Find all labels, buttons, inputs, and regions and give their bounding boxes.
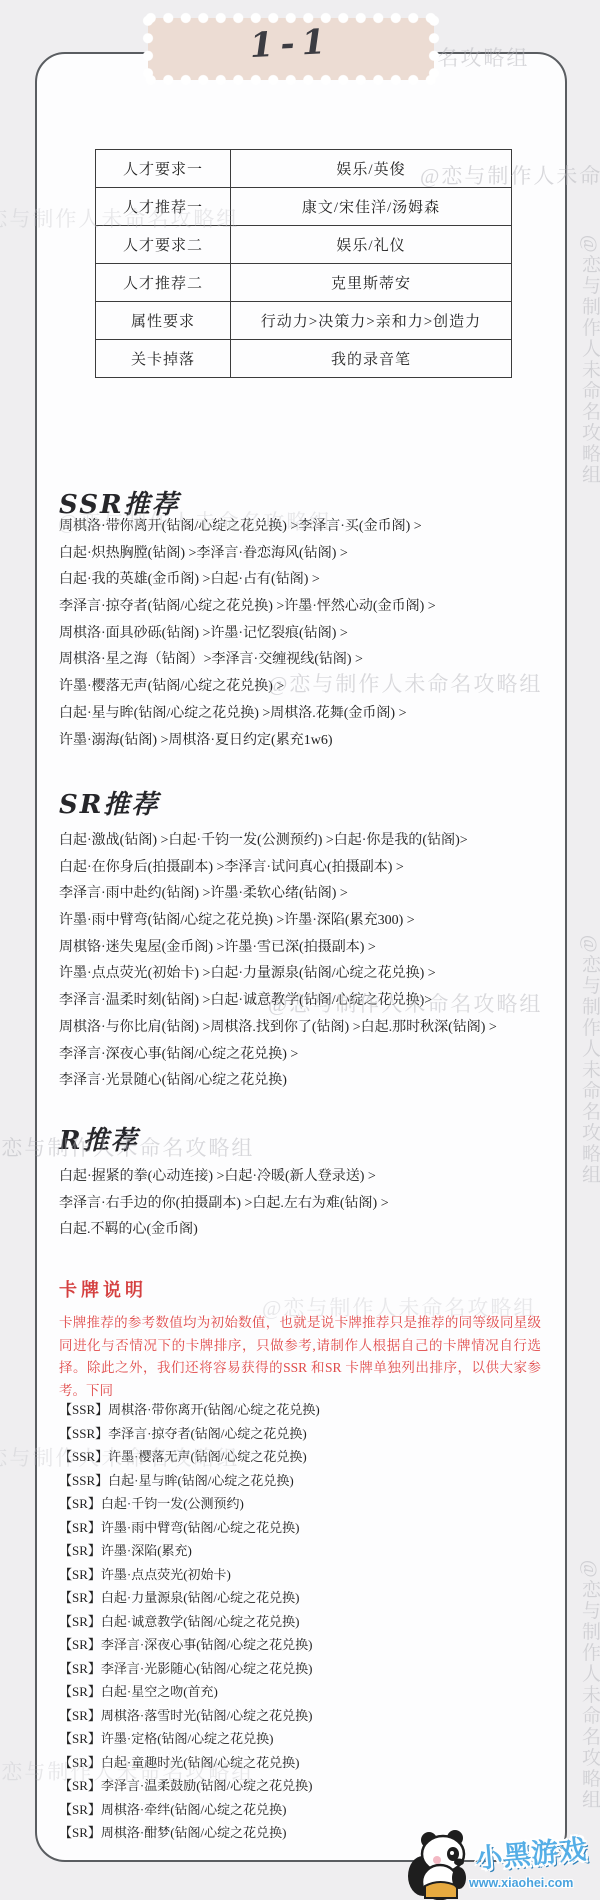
list-item: 【SR】许墨·定格(钻阁/心绽之花兑换) bbox=[59, 1727, 545, 1751]
row-label: 人才要求一 bbox=[96, 150, 231, 188]
list-item: 周棋洛·带你离开(钻阁/心绽之花兑换) >李泽言·买(金币阁) > bbox=[59, 514, 545, 541]
r-section-heading: R推荐 bbox=[59, 1120, 139, 1157]
list-item: 周棋洛·面具砂砾(钻阁) >许墨·记忆裂痕(钻阁) > bbox=[59, 621, 545, 648]
row-label: 人才推荐二 bbox=[96, 264, 231, 302]
list-item: 【SR】李泽言·温柔鼓励(钻阁/心绽之花兑换) bbox=[59, 1774, 545, 1798]
table-row: 属性要求 行动力>决策力>亲和力>创造力 bbox=[96, 302, 512, 340]
row-value: 娱乐/礼仪 bbox=[231, 226, 512, 264]
stage-banner: 1-1 bbox=[148, 18, 434, 80]
list-item: 【SSR】许墨·樱落无声(钻阁/心绽之花兑换) bbox=[59, 1445, 545, 1469]
card-rank-list: 【SSR】周棋洛·带你离开(钻阁/心绽之花兑换) 【SSR】李泽言·掠夺者(钻阁… bbox=[59, 1398, 545, 1845]
row-label: 关卡掉落 bbox=[96, 340, 231, 378]
row-label: 属性要求 bbox=[96, 302, 231, 340]
row-label: 人才要求二 bbox=[96, 226, 231, 264]
list-item: 白起·握紧的拳(心动连接) >白起·冷暖(新人登录送) > bbox=[59, 1164, 545, 1191]
list-item: 【SR】李泽言·深夜心事(钻阁/心绽之花兑换) bbox=[59, 1633, 545, 1657]
row-value: 康文/宋佳洋/汤姆森 bbox=[231, 188, 512, 226]
sr-section-heading: SR推荐 bbox=[59, 784, 159, 821]
card-notes-paragraph: 卡牌推荐的参考数值均为初始数值，也就是说卡牌推荐只是推荐的同等级同星级同进化与否… bbox=[59, 1312, 541, 1402]
list-item: 【SR】许墨·深陷(累充) bbox=[59, 1539, 545, 1563]
banner-dots bbox=[142, 73, 440, 87]
watermark: @恋与制作人未命名攻略组 bbox=[576, 935, 600, 1186]
table-row: 人才推荐二 克里斯蒂安 bbox=[96, 264, 512, 302]
list-item: 【SR】白起·力量源泉(钻阁/心绽之花兑换) bbox=[59, 1586, 545, 1610]
list-item: 【SR】白起·诚意教学(钻阁/心绽之花兑换) bbox=[59, 1610, 545, 1634]
list-item: 李泽言·雨中赴约(钻阁) >许墨·柔软心绪(钻阁) > bbox=[59, 881, 545, 908]
list-item: 白起·我的英雄(金币阁) >白起·占有(钻阁) > bbox=[59, 567, 545, 594]
list-item: 李泽言·温柔时刻(钻阁) >白起·诚意教学(钻阁/心绽之花兑换)> bbox=[59, 988, 545, 1015]
list-item: 李泽言·光景随心(钻阁/心绽之花兑换) bbox=[59, 1068, 545, 1095]
list-item: 李泽言·深夜心事(钻阁/心绽之花兑换) > bbox=[59, 1042, 545, 1069]
watermark: @恋与制作人未命名攻略组 bbox=[576, 235, 600, 486]
list-item: 【SSR】白起·星与眸(钻阁/心绽之花兑换) bbox=[59, 1469, 545, 1493]
list-item: 【SR】许墨·点点荧光(初始卡) bbox=[59, 1563, 545, 1587]
list-item: 【SR】白起·千钧一发(公测预约) bbox=[59, 1492, 545, 1516]
card-notes-heading: 卡牌说明 bbox=[59, 1276, 147, 1302]
list-item: 【SSR】李泽言·掠夺者(钻阁/心绽之花兑换) bbox=[59, 1422, 545, 1446]
table-row: 关卡掉落 我的录音笔 bbox=[96, 340, 512, 378]
list-item: 白起.不羁的心(金币阁) bbox=[59, 1217, 545, 1244]
stage-info-table: 人才要求一 娱乐/英俊 人才推荐一 康文/宋佳洋/汤姆森 人才要求二 娱乐/礼仪… bbox=[95, 149, 512, 378]
row-value: 娱乐/英俊 bbox=[231, 150, 512, 188]
list-item: 白起·炽热胸膛(钻阁) >李泽言·眷恋海风(钻阁) > bbox=[59, 541, 545, 568]
ssr-recommend-list: 周棋洛·带你离开(钻阁/心绽之花兑换) >李泽言·买(金币阁) > 白起·炽热胸… bbox=[59, 514, 545, 754]
list-item: 周棋铬·迷失鬼屋(金币阁) >许墨·雪已深(拍摄副本) > bbox=[59, 935, 545, 962]
site-name: 小黑游戏 bbox=[474, 1827, 589, 1876]
r-recommend-list: 白起·握紧的拳(心动连接) >白起·冷暖(新人登录送) > 李泽言·右手边的你(… bbox=[59, 1164, 545, 1244]
row-value: 行动力>决策力>亲和力>创造力 bbox=[231, 302, 512, 340]
guide-card: 人才要求一 娱乐/英俊 人才推荐一 康文/宋佳洋/汤姆森 人才要求二 娱乐/礼仪… bbox=[35, 52, 567, 1862]
list-item: 白起·在你身后(拍摄副本) >李泽言·试问真心(拍摄副本) > bbox=[59, 855, 545, 882]
watermark: @恋与制作人未命名攻略组 bbox=[576, 1560, 600, 1811]
sr-recommend-list: 白起·激战(钻阁) >白起·千钧一发(公测预约) >白起·你是我的(钻阁)> 白… bbox=[59, 828, 545, 1095]
list-item: 许墨·溺海(钻阁) >周棋洛·夏日约定(累充1w6) bbox=[59, 728, 545, 755]
table-row: 人才推荐一 康文/宋佳洋/汤姆森 bbox=[96, 188, 512, 226]
list-item: 周棋洛·与你比肩(钻阁) >周棋洛.找到你了(钻阁) >白起.那时秋深(钻阁) … bbox=[59, 1015, 545, 1042]
table-row: 人才要求一 娱乐/英俊 bbox=[96, 150, 512, 188]
site-logo: 小黑游戏 www.xiaohei.com bbox=[403, 1824, 599, 1900]
list-item: 【SSR】周棋洛·带你离开(钻阁/心绽之花兑换) bbox=[59, 1398, 545, 1422]
list-item: 【SR】白起·童趣时光(钻阁/心绽之花兑换) bbox=[59, 1751, 545, 1775]
site-url: www.xiaohei.com bbox=[469, 1876, 573, 1890]
list-item: 【SR】白起·星空之吻(首充) bbox=[59, 1680, 545, 1704]
list-item: 周棋洛·星之海（钻阁）>李泽言·交缠视线(钻阁) > bbox=[59, 647, 545, 674]
list-item: 李泽言·掠夺者(钻阁/心绽之花兑换) >许墨·怦然心动(金币阁) > bbox=[59, 594, 545, 621]
list-item: 【SR】周棋洛·牵绊(钻阁/心绽之花兑换) bbox=[59, 1798, 545, 1822]
list-item: 许墨·樱落无声(钻阁/心绽之花兑换) > bbox=[59, 674, 545, 701]
list-item: 【SR】李泽言·光影随心(钻阁/心绽之花兑换) bbox=[59, 1657, 545, 1681]
list-item: 许墨·雨中臂弯(钻阁/心绽之花兑换) >许墨·深陷(累充300) > bbox=[59, 908, 545, 935]
list-item: 白起·星与眸(钻阁/心绽之花兑换) >周棋洛.花舞(金币阁) > bbox=[59, 701, 545, 728]
row-value: 我的录音笔 bbox=[231, 340, 512, 378]
panda-icon bbox=[407, 1828, 473, 1900]
row-label: 人才推荐一 bbox=[96, 188, 231, 226]
list-item: 李泽言·右手边的你(拍摄副本) >白起.左右为难(钻阁) > bbox=[59, 1191, 545, 1218]
list-item: 【SR】许墨·雨中臂弯(钻阁/心绽之花兑换) bbox=[59, 1516, 545, 1540]
guide-page: @恋与制作人未命名攻略组 @恋与制作人未命名攻略组 @恋与制作人未命名攻略组 @… bbox=[0, 0, 600, 1900]
list-item: 许墨·点点荧光(初始卡) >白起·力量源泉(钻阁/心绽之花兑换) > bbox=[59, 961, 545, 988]
list-item: 白起·激战(钻阁) >白起·千钧一发(公测预约) >白起·你是我的(钻阁)> bbox=[59, 828, 545, 855]
row-value: 克里斯蒂安 bbox=[231, 264, 512, 302]
list-item: 【SR】周棋洛·落雪时光(钻阁/心绽之花兑换) bbox=[59, 1704, 545, 1728]
table-row: 人才要求二 娱乐/礼仪 bbox=[96, 226, 512, 264]
